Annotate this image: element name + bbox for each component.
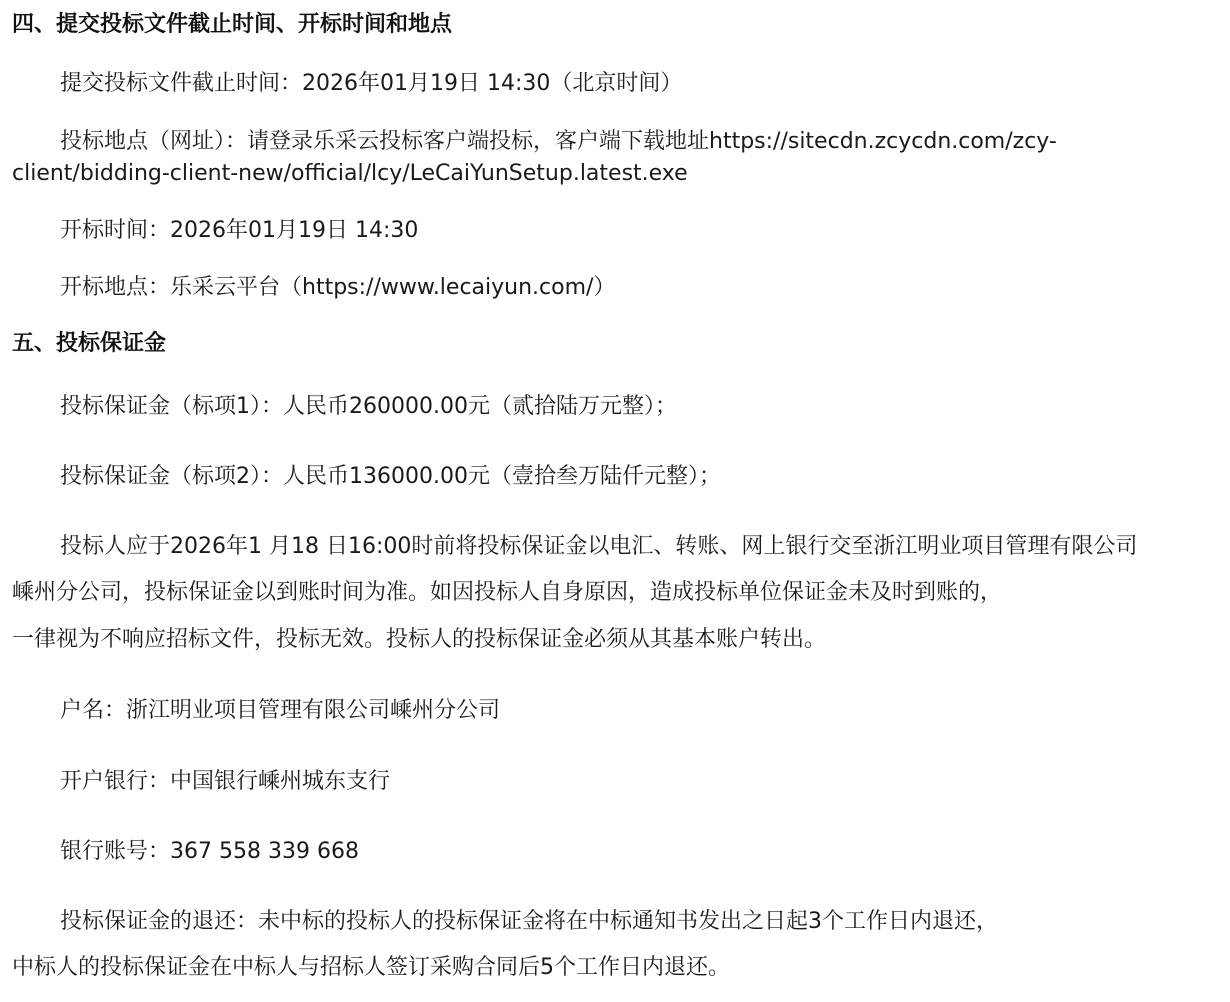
payment-instructions-line-3: 一律视为不响应招标文件，投标无效。投标人的投标保证金必须从其基本账户转出。 <box>12 625 826 655</box>
opening-location: 开标地点：乐采云平台（https://www.lecaiyun.com/） <box>60 273 615 303</box>
deposit-lot-1: 投标保证金（标项1）：人民币260000.00元（贰拾陆万元整）； <box>60 392 677 422</box>
bid-location-line-1: 投标地点（网址）：请登录乐采云投标客户端投标，客户端下载地址https://si… <box>60 127 1057 157</box>
refund-line-2: 中标人的投标保证金在中标人与招标人签订采购合同后5个工作日内退还。 <box>12 953 730 983</box>
payment-instructions-line-1: 投标人应于2026年1 月18 日16:00时前将投标保证金以电汇、转账、网上银… <box>60 532 1137 562</box>
bank-name: 开户银行：中国银行嵊州城东支行 <box>60 767 390 797</box>
section-5-heading: 五、投标保证金 <box>12 329 166 359</box>
section-4-heading: 四、提交投标文件截止时间、开标时间和地点 <box>12 10 452 40</box>
opening-time: 开标时间：2026年01月19日 14:30 <box>60 216 418 246</box>
deposit-lot-2: 投标保证金（标项2）：人民币136000.00元（壹拾叁万陆仟元整）； <box>60 462 721 492</box>
payment-instructions-line-2: 嵊州分公司，投标保证金以到账时间为准。如因投标人自身原因，造成投标单位保证金未及… <box>12 578 1002 608</box>
refund-line-1: 投标保证金的退还：未中标的投标人的投标保证金将在中标通知书发出之日起3个工作日内… <box>60 907 998 937</box>
account-number: 银行账号：367 558 339 668 <box>60 837 359 867</box>
submission-deadline: 提交投标文件截止时间：2026年01月19日 14:30（北京时间） <box>60 69 682 99</box>
account-name: 户名：浙江明业项目管理有限公司嵊州分公司 <box>60 696 500 726</box>
bid-location-line-2: client/bidding-client-new/official/lcy/L… <box>12 159 688 189</box>
